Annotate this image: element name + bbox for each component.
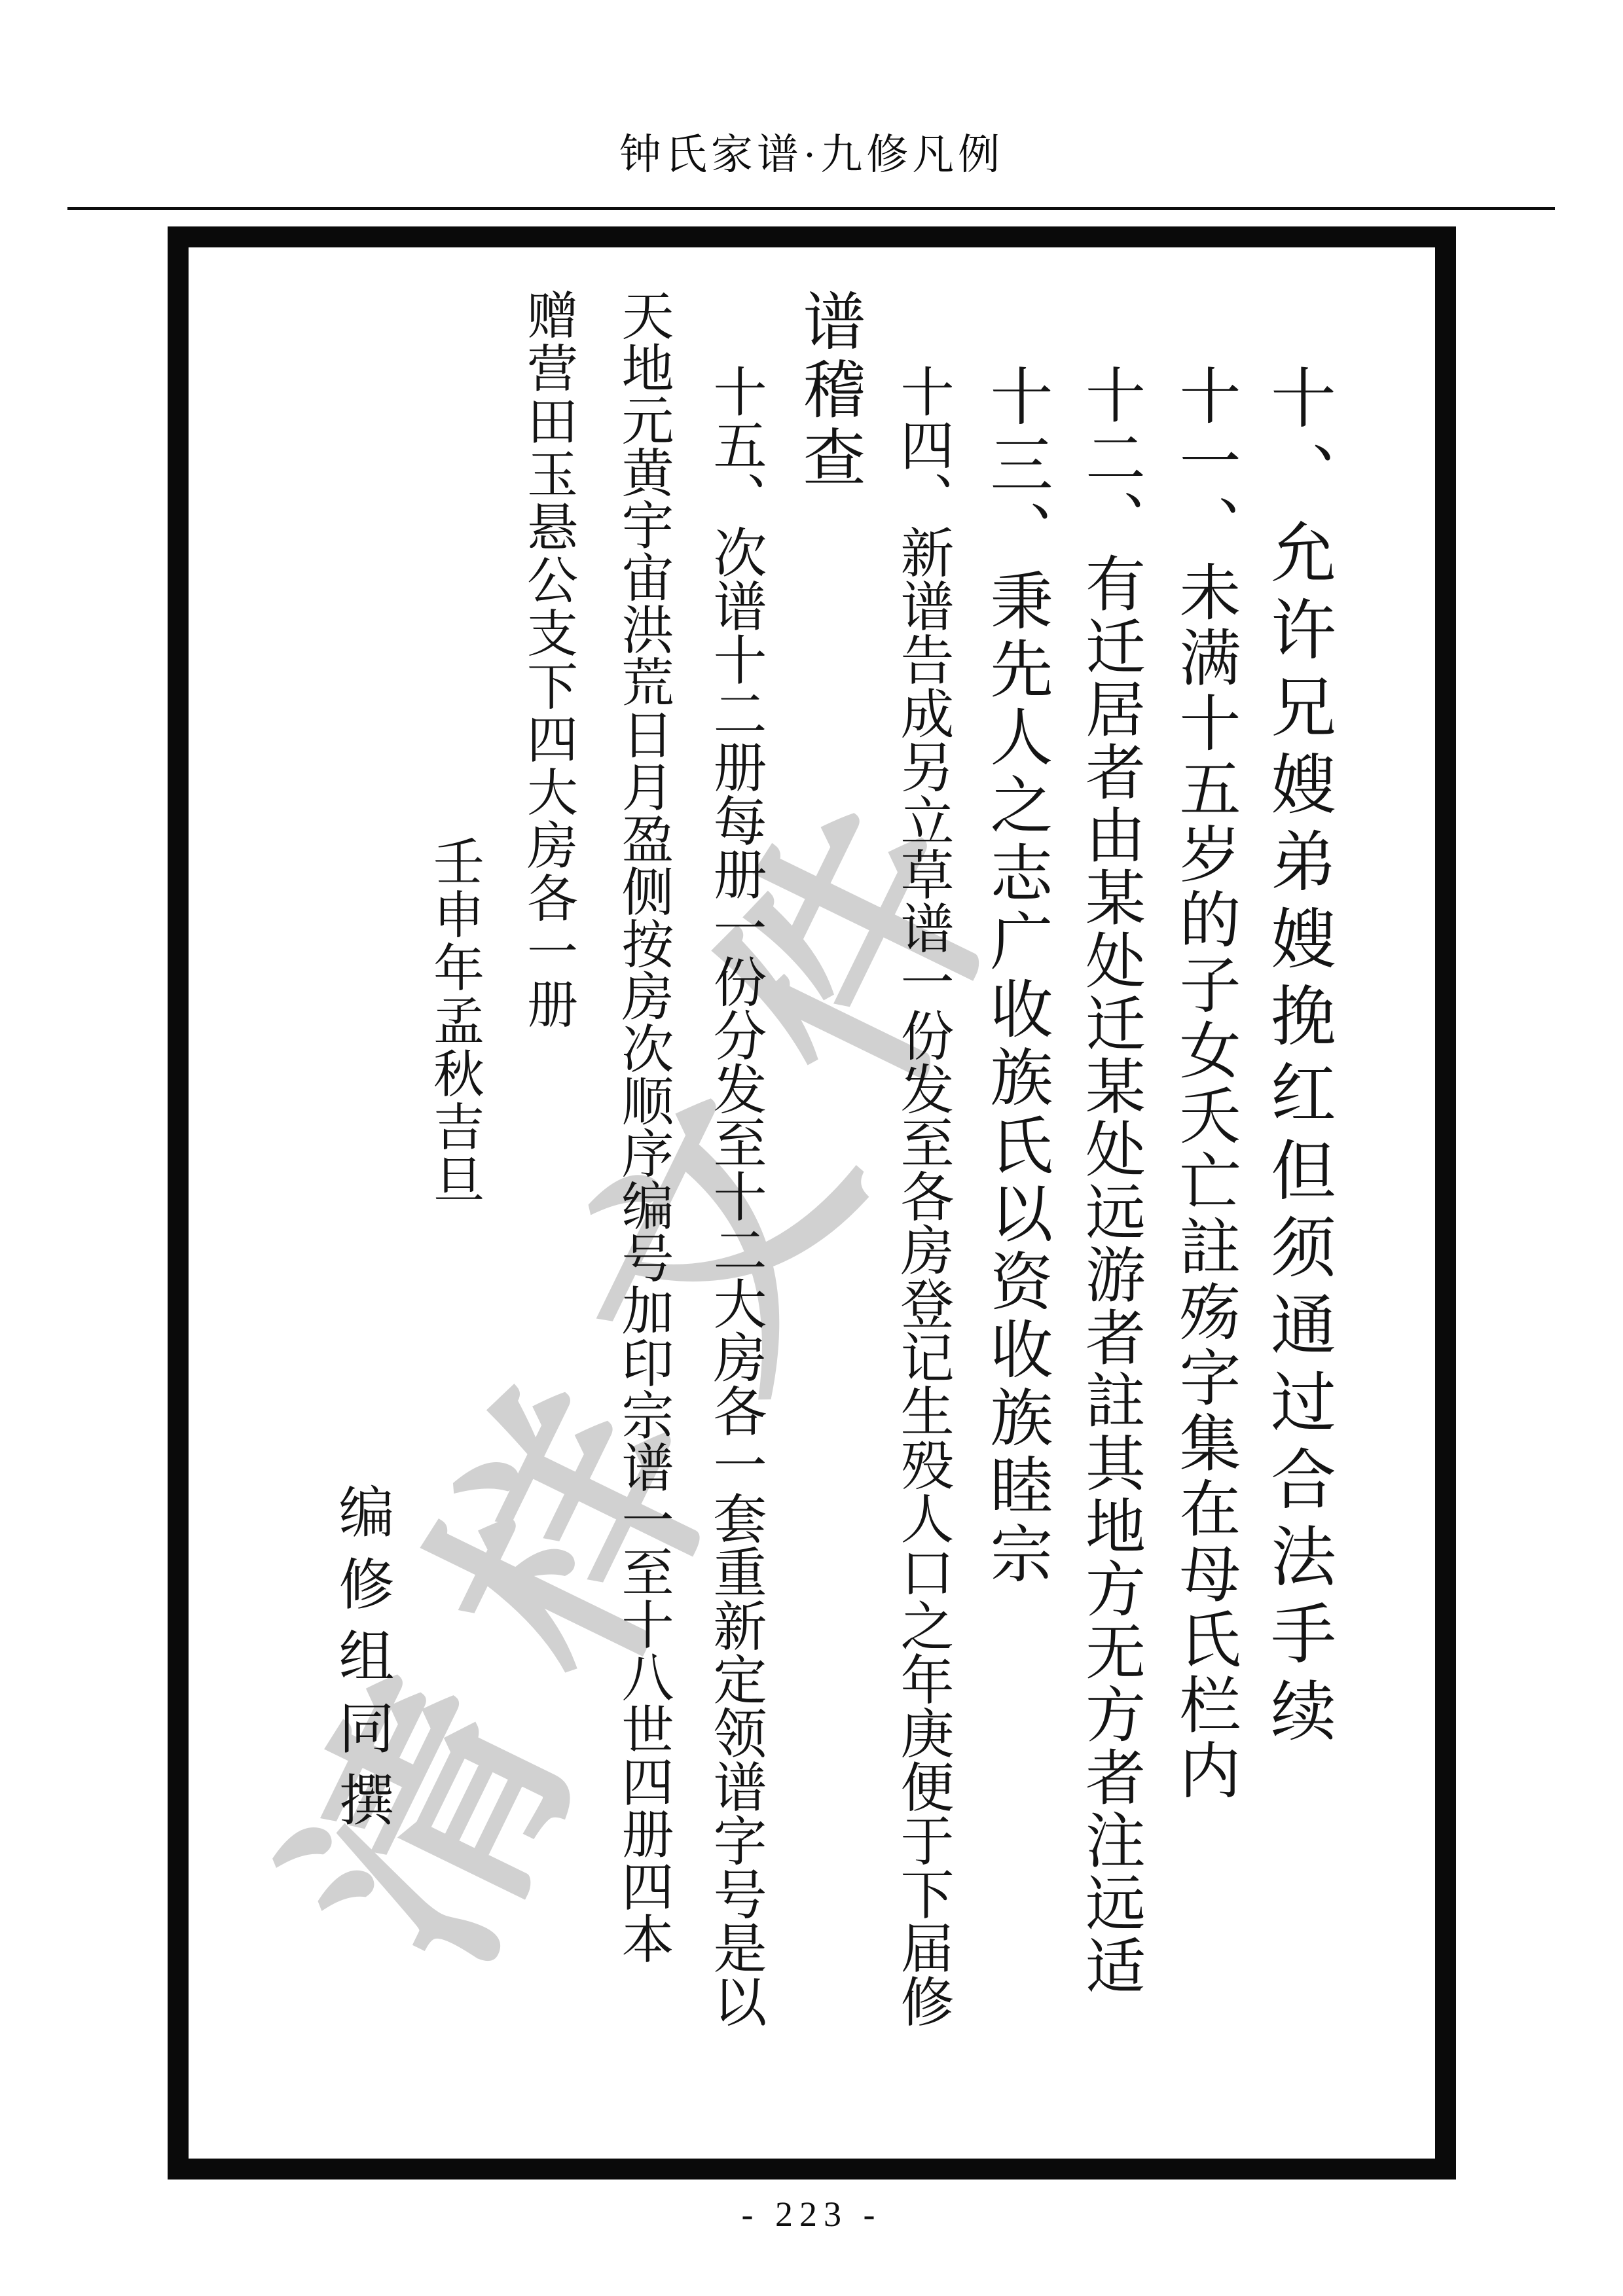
document-page: { "header": { "title": "钟氏家谱·九修凡例" }, "w… — [0, 0, 1623, 2296]
signature-line: 编修组同撰 — [327, 272, 395, 2142]
rule-item-13: 十三、秉先人之志广收族氏以资收族睦宗 — [982, 272, 1051, 2142]
rule-item-12: 十二、有迁居者由某处迁某处远游者註其地方无方者注远适 — [1076, 272, 1144, 2142]
rule-item-14-continuation: 谱稽查 — [795, 272, 864, 2142]
rule-item-15-continuation-1: 天地元黄宇宙洪荒日月盈侧按房次顺序编号加印宗谱一至十八世四册四本 — [608, 272, 676, 2142]
page-number: - 223 - — [0, 2194, 1623, 2234]
header-rule — [67, 207, 1555, 210]
rule-item-10: 十、允许兄嫂弟嫂挽红但须通过合法手续 — [1263, 272, 1332, 2142]
rule-item-15-continuation-2: 赠营田玉悬公支下四大房各一册 — [514, 272, 583, 2142]
rule-item-15: 十五、次谱十二册每册一份分发至十二大房各一套重新定领谱字号是以 — [701, 272, 770, 2142]
vertical-text-area: 十、允许兄嫂弟嫂挽红但须通过合法手续 十一、未满十五岁的子女夭亡註殇字集在母氏栏… — [208, 272, 1332, 2142]
date-line: 壬申年孟秋吉旦 — [420, 272, 489, 2142]
page-title: 钟氏家谱·九修凡例 — [0, 121, 1623, 181]
content-frame: 十、允许兄嫂弟嫂挽红但须通过合法手续 十一、未满十五岁的子女夭亡註殇字集在母氏栏… — [168, 226, 1456, 2179]
rule-item-14: 十四、新谱告成另立草谱一份发至各房登记生殁人口之年庚便于下届修 — [888, 272, 957, 2142]
rule-item-11: 十一、未满十五岁的子女夭亡註殇字集在母氏栏内 — [1169, 272, 1238, 2142]
